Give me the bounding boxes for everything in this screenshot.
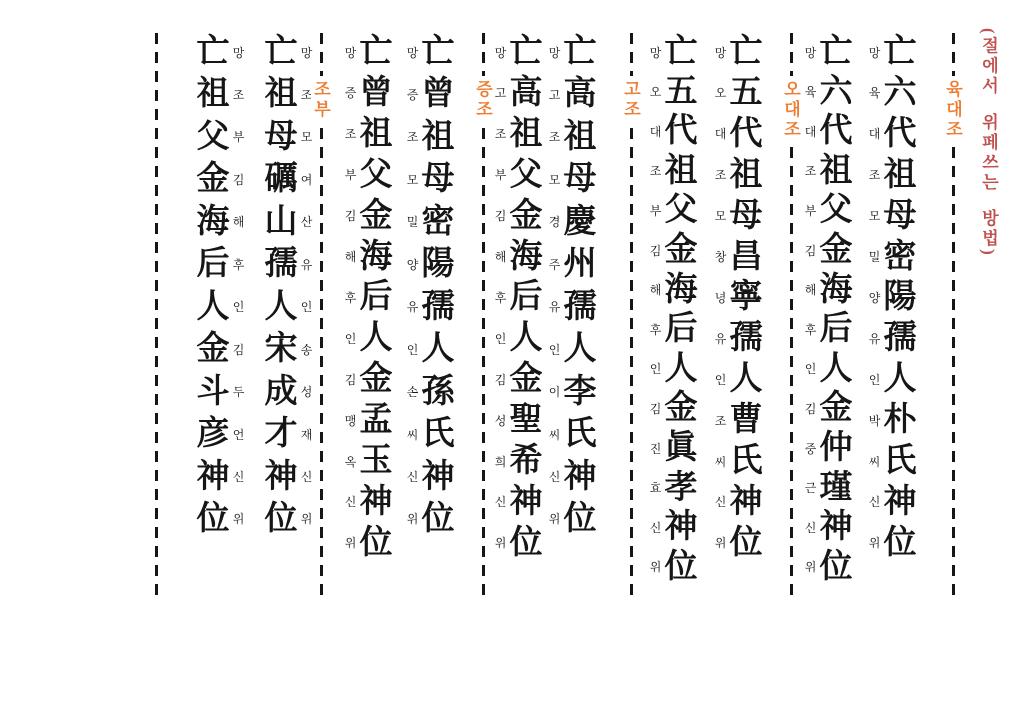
hangul-annotation: 후: [232, 259, 245, 271]
note-title: (절에서 위페쓰는 방법): [980, 28, 997, 398]
tablet-char-row: 조祖: [714, 159, 765, 192]
tablet-column-great-grandfather: 망亡증曾조祖부父김金해海후后인人김金맹孟옥玉신神위位: [344, 36, 395, 560]
tablet-char-row: 위位: [868, 527, 919, 560]
tablet-char-row: 위位: [714, 527, 765, 560]
hanja-char: 朴: [881, 404, 919, 437]
hangul-annotation: 재: [300, 429, 313, 441]
generation-label: 조부: [311, 76, 330, 124]
tablet-char-row: 신神: [804, 511, 855, 544]
hangul-annotation: 위: [232, 513, 245, 525]
column-separator-line: [155, 33, 158, 599]
hangul-annotation: 해: [232, 216, 245, 228]
hangul-annotation: 인: [548, 344, 561, 356]
tablet-char-row: 김金: [494, 200, 545, 233]
tablet-char-row: 밀密: [406, 206, 457, 239]
hangul-annotation: 부: [804, 205, 817, 217]
hanja-char: 山: [262, 206, 300, 239]
hangul-annotation: 신: [406, 471, 419, 483]
hangul-annotation: 위: [300, 513, 313, 525]
tablet-char-row: 고高: [548, 78, 599, 111]
tablet-char-row: 씨氏: [714, 445, 765, 478]
tablet-char-row: 인人: [868, 363, 919, 396]
hangul-annotation: 김: [804, 403, 817, 415]
tablet-char-row: 손孫: [406, 376, 457, 409]
tablet-char-row: 김金: [649, 392, 700, 425]
hanja-char: 仲: [817, 432, 855, 465]
tablet-char-row: 인人: [406, 333, 457, 366]
hanja-char: 寧: [727, 281, 765, 314]
tablet-char-row: 대代: [804, 115, 855, 148]
hangul-annotation: 신: [548, 471, 561, 483]
hangul-annotation: 신: [714, 496, 727, 508]
hangul-annotation: 후: [649, 324, 662, 336]
hanja-char: 后: [194, 248, 232, 281]
tablet-column-5th-generation-grandfather: 망亡오五대代조祖부父김金해海후后인人김金진眞효孝신神위位: [649, 36, 700, 584]
tablet-char-row: 김金: [804, 392, 855, 425]
hanja-char: 位: [357, 527, 395, 560]
hanja-char: 位: [194, 503, 232, 536]
hanja-char: 曹: [727, 404, 765, 437]
tablet-char-row: 망亡: [714, 36, 765, 69]
hangul-annotation: 김: [649, 245, 662, 257]
hangul-annotation: 두: [232, 386, 245, 398]
tablet-char-row: 祖조: [194, 78, 245, 111]
hanja-char: 曾: [419, 78, 457, 111]
hangul-annotation: 대: [649, 126, 662, 138]
hangul-annotation: 창: [714, 251, 727, 263]
hanja-char: 父: [194, 121, 232, 154]
hangul-annotation: 후: [494, 292, 507, 304]
tablet-char-row: 후后: [649, 313, 700, 346]
hanja-char: 聖: [507, 404, 545, 437]
tablet-char-row: 신神: [548, 461, 599, 494]
hanja-char: 亡: [817, 36, 855, 69]
hangul-annotation: 김: [804, 245, 817, 257]
hangul-annotation: 위: [494, 537, 507, 549]
tablet-char-row: 位위: [262, 503, 313, 536]
hangul-annotation: 망: [714, 47, 727, 59]
tablet-char-row: 후后: [804, 313, 855, 346]
hanja-char: 陽: [881, 281, 919, 314]
tablet-char-row: 신神: [494, 486, 545, 519]
hanja-char: 孫: [419, 376, 457, 409]
hanja-char: 位: [817, 551, 855, 584]
tablet-char-row: 모母: [548, 163, 599, 196]
hanja-char: 金: [507, 363, 545, 396]
hanja-char: 神: [881, 486, 919, 519]
tablet-char-row: 인人: [804, 353, 855, 386]
hangul-annotation: 조: [868, 169, 881, 181]
hanja-char: 神: [262, 461, 300, 494]
tablet-char-row: 위位: [494, 527, 545, 560]
tablet-char-row: 부父: [804, 194, 855, 227]
hanja-char: 人: [817, 353, 855, 386]
hangul-annotation: 조: [232, 89, 245, 101]
hangul-annotation: 대: [714, 128, 727, 140]
hangul-annotation: 인: [714, 374, 727, 386]
hangul-annotation: 김: [344, 210, 357, 222]
tablet-char-row: 후后: [494, 281, 545, 314]
tablet-char-row: 后후: [194, 248, 245, 281]
tablet-char-row: 유孺: [714, 322, 765, 355]
hanja-char: 彦: [194, 418, 232, 451]
hangul-annotation: 씨: [714, 456, 727, 468]
hanja-char: 氏: [561, 418, 599, 451]
tablet-char-row: 증曾: [406, 78, 457, 111]
tablet-char-row: 모母: [406, 163, 457, 196]
hangul-annotation: 녕: [714, 292, 727, 304]
generation-label: 고조: [621, 76, 640, 124]
hangul-annotation: 모: [406, 174, 419, 186]
hanja-char: 希: [507, 445, 545, 478]
hangul-annotation: 망: [344, 47, 357, 59]
tablet-char-row: 옥玉: [344, 445, 395, 478]
tablet-char-row: 孺유: [262, 248, 313, 281]
hanja-char: 神: [419, 461, 457, 494]
tablet-column-6th-generation-grandmother: 망亡육六대代조祖모母밀密양陽유孺인人박朴씨氏신神위位: [868, 36, 919, 560]
hangul-annotation: 박: [868, 415, 881, 427]
tablet-char-row: 고高: [494, 77, 545, 110]
hanja-char: 昌: [727, 241, 765, 274]
hanja-char: 才: [262, 418, 300, 451]
tablet-char-row: 亡망: [262, 36, 313, 69]
hanja-char: 金: [817, 234, 855, 267]
hanja-char: 亡: [357, 36, 395, 69]
tablet-char-row: 중仲: [804, 432, 855, 465]
hanja-char: 代: [662, 115, 700, 148]
tablet-char-row: 김金: [494, 363, 545, 396]
hanja-char: 孟: [357, 404, 395, 437]
tablet-char-row: 모母: [714, 200, 765, 233]
hangul-annotation: 유: [300, 259, 313, 271]
hangul-annotation: 효: [649, 482, 662, 494]
tablet-char-row: 人인: [262, 291, 313, 324]
hangul-annotation: 위: [344, 537, 357, 549]
tablet-char-row: 효孝: [649, 472, 700, 505]
hanja-char: 五: [727, 77, 765, 110]
hangul-annotation: 송: [300, 344, 313, 356]
hanja-char: 亡: [194, 36, 232, 69]
hangul-annotation: 신: [804, 522, 817, 534]
tablet-char-row: 김金: [344, 363, 395, 396]
hangul-annotation: 부: [649, 205, 662, 217]
tablet-char-row: 山산: [262, 206, 313, 239]
hangul-annotation: 신: [494, 496, 507, 508]
tablet-char-row: 해海: [344, 241, 395, 274]
hanja-char: 祖: [419, 121, 457, 154]
tablet-char-row: 신神: [714, 486, 765, 519]
tablet-char-row: 오五: [714, 77, 765, 110]
hanja-char: 陽: [419, 248, 457, 281]
tablet-char-row: 근瑾: [804, 472, 855, 505]
hangul-annotation: 김: [494, 374, 507, 386]
tablet-char-row: 彦언: [194, 418, 245, 451]
hanja-char: 瑾: [817, 472, 855, 505]
hanja-char: 代: [727, 118, 765, 151]
hangul-annotation: 망: [300, 47, 313, 59]
tablet-char-row: 망亡: [406, 36, 457, 69]
tablet-char-row: 斗두: [194, 376, 245, 409]
hanja-char: 海: [507, 241, 545, 274]
hanja-char: 位: [881, 527, 919, 560]
hanja-char: 祖: [881, 159, 919, 192]
hanja-char: 高: [507, 77, 545, 110]
hangul-annotation: 조: [406, 131, 419, 143]
hangul-annotation: 위: [868, 537, 881, 549]
tablet-char-row: 해海: [804, 274, 855, 307]
hanja-char: 代: [817, 115, 855, 148]
hangul-annotation: 망: [548, 47, 561, 59]
tablet-char-row: 창昌: [714, 241, 765, 274]
hanja-char: 亡: [561, 36, 599, 69]
tablet-char-row: 망亡: [494, 36, 545, 69]
tablet-column-grandmother: 亡망祖조母모礪여山산孺유人인宋송成성才재神신位위: [262, 36, 313, 536]
tablet-char-row: 海해: [194, 206, 245, 239]
hanja-char: 代: [881, 118, 919, 151]
tablet-char-row: 진眞: [649, 432, 700, 465]
hanja-char: 金: [817, 392, 855, 425]
hanja-char: 神: [817, 511, 855, 544]
hanja-char: 海: [194, 206, 232, 239]
hanja-char: 人: [262, 291, 300, 324]
hanja-char: 人: [881, 363, 919, 396]
tablet-char-row: 조曹: [714, 404, 765, 437]
hangul-annotation: 망: [494, 47, 507, 59]
hanja-char: 亡: [881, 36, 919, 69]
hanja-char: 神: [662, 511, 700, 544]
hangul-annotation: 신: [232, 471, 245, 483]
hangul-annotation: 맹: [344, 415, 357, 427]
hanja-char: 位: [419, 503, 457, 536]
hangul-annotation: 망: [232, 47, 245, 59]
hanja-char: 高: [561, 78, 599, 111]
hanja-char: 神: [727, 486, 765, 519]
hangul-annotation: 신: [649, 522, 662, 534]
hangul-annotation: 유: [868, 333, 881, 345]
hangul-annotation: 인: [649, 363, 662, 375]
hanja-char: 金: [662, 234, 700, 267]
tablet-column-6th-generation-grandfather: 망亡육六대代조祖부父김金해海후后인人김金중仲근瑾신神위位: [804, 36, 855, 584]
hangul-annotation: 조: [494, 128, 507, 140]
hangul-annotation: 고: [494, 87, 507, 99]
tablet-char-row: 유孺: [868, 322, 919, 355]
hanja-char: 州: [561, 248, 599, 281]
hangul-annotation: 주: [548, 259, 561, 271]
hanja-char: 氏: [419, 418, 457, 451]
tablet-char-row: 성聖: [494, 404, 545, 437]
tablet-char-row: 조祖: [494, 118, 545, 151]
tablet-column-great-great-grandfather: 망亡고高조祖부父김金해海후后인人김金성聖희希신神위位: [494, 36, 545, 560]
tablet-char-row: 부父: [649, 194, 700, 227]
hanja-char: 六: [817, 76, 855, 109]
tablet-char-row: 녕寧: [714, 281, 765, 314]
hanja-char: 位: [662, 551, 700, 584]
hangul-annotation: 후: [804, 324, 817, 336]
document-page: (절에서 위페쓰는 방법) 조부증조고조오대조육대조亡망祖조父부金김海해后후人인…: [0, 0, 1024, 724]
hangul-annotation: 인: [300, 301, 313, 313]
tablet-char-row: 父부: [194, 121, 245, 154]
hanja-char: 父: [357, 159, 395, 192]
hangul-annotation: 오: [649, 86, 662, 98]
hanja-char: 母: [419, 163, 457, 196]
hanja-char: 金: [194, 163, 232, 196]
hangul-annotation: 해: [344, 251, 357, 263]
hanja-char: 位: [262, 503, 300, 536]
hanja-char: 祖: [357, 118, 395, 151]
hanja-char: 神: [194, 461, 232, 494]
tablet-char-row: 신神: [344, 486, 395, 519]
tablet-char-row: 박朴: [868, 404, 919, 437]
tablet-char-row: 人인: [194, 291, 245, 324]
hanja-char: 五: [662, 76, 700, 109]
hangul-annotation: 김: [494, 210, 507, 222]
tablet-char-row: 位위: [194, 503, 245, 536]
hanja-char: 孺: [262, 248, 300, 281]
tablet-char-row: 유孺: [548, 291, 599, 324]
hangul-annotation: 경: [548, 216, 561, 228]
hanja-char: 祖: [817, 155, 855, 188]
hanja-char: 祖: [727, 159, 765, 192]
hangul-annotation: 망: [406, 47, 419, 59]
tablet-char-row: 成성: [262, 376, 313, 409]
hanja-char: 孺: [881, 322, 919, 355]
hangul-annotation: 조: [714, 415, 727, 427]
hanja-char: 慶: [561, 206, 599, 239]
hangul-annotation: 인: [344, 333, 357, 345]
tablet-char-row: 부父: [494, 159, 545, 192]
hangul-annotation: 신: [300, 471, 313, 483]
hangul-annotation: 여: [300, 174, 313, 186]
tablet-char-row: 경慶: [548, 206, 599, 239]
tablet-char-row: 金김: [194, 333, 245, 366]
hanja-char: 父: [817, 194, 855, 227]
hangul-annotation: 성: [494, 415, 507, 427]
hanja-char: 人: [357, 322, 395, 355]
tablet-char-row: 대代: [649, 115, 700, 148]
hanja-char: 后: [357, 281, 395, 314]
hanja-char: 海: [662, 274, 700, 307]
tablet-char-row: 조祖: [804, 155, 855, 188]
generation-label: 증조: [473, 76, 492, 124]
hangul-annotation: 오: [714, 87, 727, 99]
hangul-annotation: 씨: [868, 456, 881, 468]
hanja-char: 亡: [262, 36, 300, 69]
hangul-annotation: 손: [406, 386, 419, 398]
hanja-char: 亡: [662, 36, 700, 69]
hangul-annotation: 신: [344, 496, 357, 508]
hanja-char: 氏: [727, 445, 765, 478]
tablet-char-row: 祖조: [262, 78, 313, 111]
tablet-char-row: 망亡: [804, 36, 855, 69]
tablet-char-row: 神신: [262, 461, 313, 494]
hangul-annotation: 밀: [406, 216, 419, 228]
hanja-char: 人: [727, 363, 765, 396]
tablet-char-row: 희希: [494, 445, 545, 478]
hanja-char: 金: [507, 200, 545, 233]
tablet-char-row: 조祖: [344, 118, 395, 151]
hanja-char: 玉: [357, 445, 395, 478]
tablet-char-row: 망亡: [344, 36, 395, 69]
hangul-annotation: 김: [344, 374, 357, 386]
tablet-char-row: 씨氏: [868, 445, 919, 478]
tablet-char-row: 위位: [548, 503, 599, 536]
hangul-annotation: 해: [804, 284, 817, 296]
hanja-char: 后: [817, 313, 855, 346]
tablet-char-row: 후后: [344, 281, 395, 314]
hanja-char: 氏: [881, 445, 919, 478]
tablet-char-row: 김金: [344, 200, 395, 233]
hangul-annotation: 위: [649, 561, 662, 573]
hanja-char: 祖: [561, 121, 599, 154]
tablet-column-great-great-grandmother: 망亡고高조祖모母경慶주州유孺인人이李씨氏신神위位: [548, 36, 599, 536]
hanja-char: 斗: [194, 376, 232, 409]
hanja-char: 密: [881, 241, 919, 274]
tablet-char-row: 宋송: [262, 333, 313, 366]
tablet-char-row: 씨氏: [406, 418, 457, 451]
hanja-char: 孺: [727, 322, 765, 355]
tablet-char-row: 김金: [649, 234, 700, 267]
hangul-annotation: 언: [232, 429, 245, 441]
hanja-char: 母: [881, 200, 919, 233]
tablet-char-row: 양陽: [868, 281, 919, 314]
hangul-annotation: 부: [344, 169, 357, 181]
hangul-annotation: 망: [649, 47, 662, 59]
tablet-char-row: 해海: [649, 274, 700, 307]
hanja-char: 神: [357, 486, 395, 519]
tablet-column-great-grandmother: 망亡증曾조祖모母밀密양陽유孺인人손孫씨氏신神위位: [406, 36, 457, 536]
hangul-annotation: 위: [548, 513, 561, 525]
hanja-char: 金: [194, 333, 232, 366]
hangul-annotation: 육: [804, 86, 817, 98]
hangul-annotation: 김: [232, 174, 245, 186]
tablet-char-row: 유孺: [406, 291, 457, 324]
hanja-char: 孺: [419, 291, 457, 324]
hanja-char: 母: [561, 163, 599, 196]
tablet-char-row: 인人: [649, 353, 700, 386]
hangul-annotation: 고: [548, 89, 561, 101]
hanja-char: 海: [357, 241, 395, 274]
hangul-annotation: 밀: [868, 251, 881, 263]
hanja-char: 母: [727, 200, 765, 233]
hanja-char: 人: [662, 353, 700, 386]
hangul-annotation: 위: [714, 537, 727, 549]
hanja-char: 后: [662, 313, 700, 346]
hanja-char: 孝: [662, 472, 700, 505]
hanja-char: 亡: [727, 36, 765, 69]
hangul-annotation: 조: [804, 165, 817, 177]
tablet-char-row: 인人: [344, 322, 395, 355]
tablet-char-row: 이李: [548, 376, 599, 409]
hangul-annotation: 후: [344, 292, 357, 304]
tablet-char-row: 인人: [548, 333, 599, 366]
tablet-char-row: 위位: [649, 551, 700, 584]
tablet-char-row: 모母: [868, 200, 919, 233]
tablet-char-row: 위位: [406, 503, 457, 536]
hanja-char: 宋: [262, 333, 300, 366]
tablet-char-row: 육六: [804, 76, 855, 109]
hanja-char: 眞: [662, 432, 700, 465]
hangul-annotation: 해: [494, 251, 507, 263]
hangul-annotation: 유: [406, 301, 419, 313]
hanja-char: 亡: [507, 36, 545, 69]
hangul-annotation: 조: [714, 169, 727, 181]
tablet-char-row: 조祖: [868, 159, 919, 192]
tablet-char-row: 대代: [868, 118, 919, 151]
hangul-annotation: 인: [494, 333, 507, 345]
hangul-annotation: 망: [804, 47, 817, 59]
tablet-char-row: 망亡: [868, 36, 919, 69]
tablet-char-row: 해海: [494, 241, 545, 274]
